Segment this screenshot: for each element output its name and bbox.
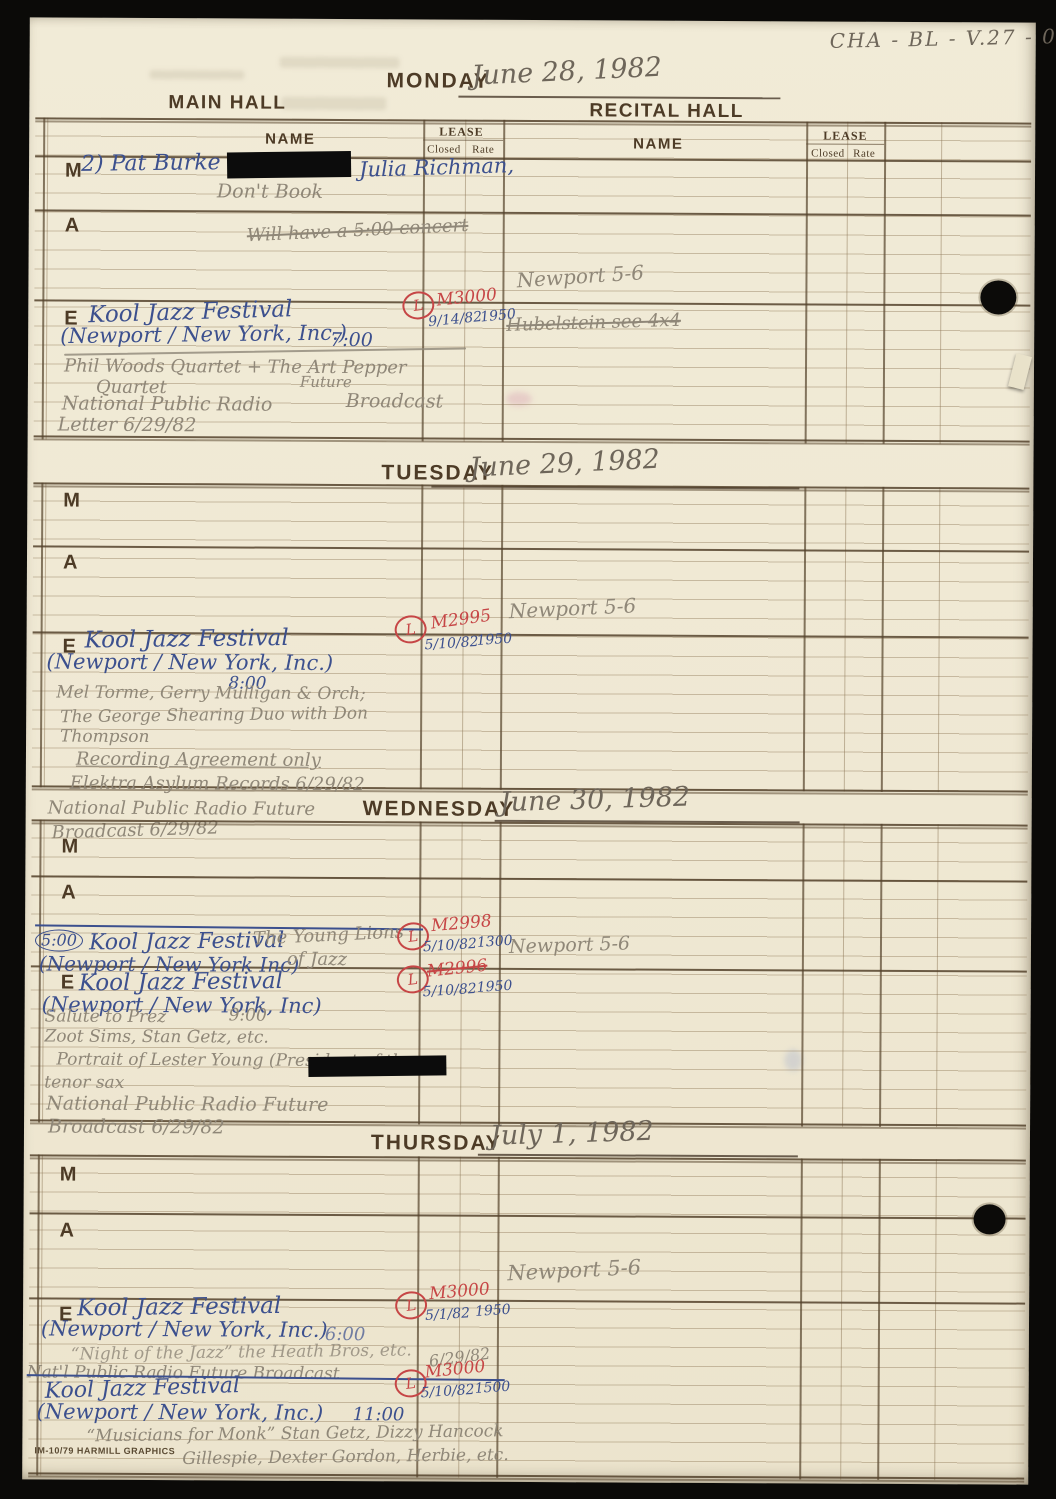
program-time: 9:00 [229,1007,267,1024]
broadcast-note: National Public Radio Future [48,799,315,818]
bleedthrough-mark [281,97,386,111]
name-column-header: NAME [633,136,683,153]
booking-org: (Newport / New York, Inc.) [36,1401,323,1424]
lease-rate: 1300 [477,934,513,950]
rate-column-header: Rate [853,148,875,160]
booking-org: (Newport / New York, Inc.) [46,651,333,674]
artist-note: Gillespie, Dexter Gordon, Herbie, etc. [182,1447,509,1468]
lease-rate: 1950 [475,1303,511,1319]
catalog-number: CHA - BL - V.27 - 090 [830,26,1056,51]
crossed-out-note: Hubelstein see 4x4 [506,312,681,335]
ledger-page: CHA - BL - V.27 - 090 MONDAY June 28, 19… [22,17,1036,1484]
closed-column-header: Closed [811,147,845,159]
lease-closed-date: 5/10/82 [420,1383,475,1400]
lease-column-header: LEASE [823,129,867,144]
scanned-booking-ledger: CHA - BL - V.27 - 090 MONDAY June 28, 19… [0,0,1056,1499]
lease-closed-date: 5/10/82 [424,635,479,652]
lease-closed-date: 5/10/82 [422,982,477,999]
booking-name: Julia Richman, [359,155,515,181]
lease-number: M2998 [430,913,492,935]
artist-note: tenor sax [44,1074,124,1091]
punch-hole [973,1204,1005,1234]
day-title-thursday: THURSDAY [371,1131,502,1156]
artist-note: Phil Woods Quartet + The Art Pepper [64,358,407,378]
lease-closed-date: 5/10/82 [423,937,478,954]
redaction-bar [227,151,351,179]
booking-name: Kool Jazz Festival [84,627,288,652]
booking-org: (Newport / New York, Inc.) [41,1318,328,1341]
row-label-afternoon: A [63,552,78,575]
main-hall-header: MAIN HALL [168,92,286,115]
booking-name: Kool Jazz Festival [79,970,283,995]
letter-note: Letter 6/29/82 [58,416,197,436]
name-column-header: NAME [265,131,315,148]
recital-note: Newport 5-6 [508,595,636,621]
row-label-morning: M [65,160,82,183]
handwritten-date-wednesday: June 30, 1982 [499,784,690,817]
artist-note: Zoot Sims, Stan Getz, etc. [44,1028,268,1046]
lease-rate: 1950 [476,979,512,995]
date-underline [458,96,780,100]
punch-hole [980,280,1016,314]
recital-note: Newport 5-6 [509,934,631,957]
agreement-note: Recording Agreement only [76,751,321,770]
redaction-bar [308,1055,446,1077]
booking-time: 7:00 [330,331,373,350]
broadcast-note: Broadcast [346,392,443,412]
booking-time-circled: 5:00 [35,929,83,951]
handwritten-date-tuesday: June 29, 1982 [469,446,660,482]
handwritten-date-thursday: July 1, 1982 [490,1118,654,1150]
lease-column-header: LEASE [439,125,483,140]
note: Don't Book [217,182,323,202]
row-label-morning: M [63,490,80,513]
row-label-afternoon: A [61,882,76,905]
booking-org: (Newport / New York, Inc.) [60,323,347,348]
broadcast-note: National Public Radio [62,395,273,415]
booking-name: 2) Pat Burke [81,152,221,176]
bleedthrough-mark [150,70,245,79]
lease-rate: 1950 [480,307,517,324]
lease-number: M3000 [429,1281,491,1303]
row-label-afternoon: A [59,1220,74,1243]
day-title-wednesday: WEDNESDAY [363,797,516,822]
artist-note: Mel Torme, Gerry Mulligan & Orch; [56,685,366,704]
artist-note: Thompson [60,729,150,746]
lease-closed-date: 5/1/82 [425,1306,471,1323]
bleedthrough-mark [280,57,400,69]
artist-note: of Jazz [287,951,347,969]
broadcast-note: Broadcast 6/29/82 [48,1117,225,1137]
inserted-word: Future [300,375,352,390]
artist-note: The George Shearing Duo with Don [60,705,368,726]
lease-rate: 1950 [476,632,512,648]
printer-credit: IM-10/79 HARMILL GRAPHICS [34,1445,175,1456]
row-label-afternoon: A [65,215,80,238]
label-note: Elektra Asylum Records 6/29/82 [70,775,365,795]
row-label-morning: M [61,836,78,859]
closed-column-header: Closed [427,143,461,155]
row-label-morning: M [60,1164,77,1187]
handwritten-date-monday: June 28, 1982 [471,54,662,90]
program-note: Salute to Prez [45,1008,167,1026]
broadcast-note: National Public Radio Future [46,1094,328,1114]
lease-rate: 1500 [474,1380,510,1396]
artist-note: “Night of the Jazz” the Heath Bros, etc. [71,1342,412,1363]
